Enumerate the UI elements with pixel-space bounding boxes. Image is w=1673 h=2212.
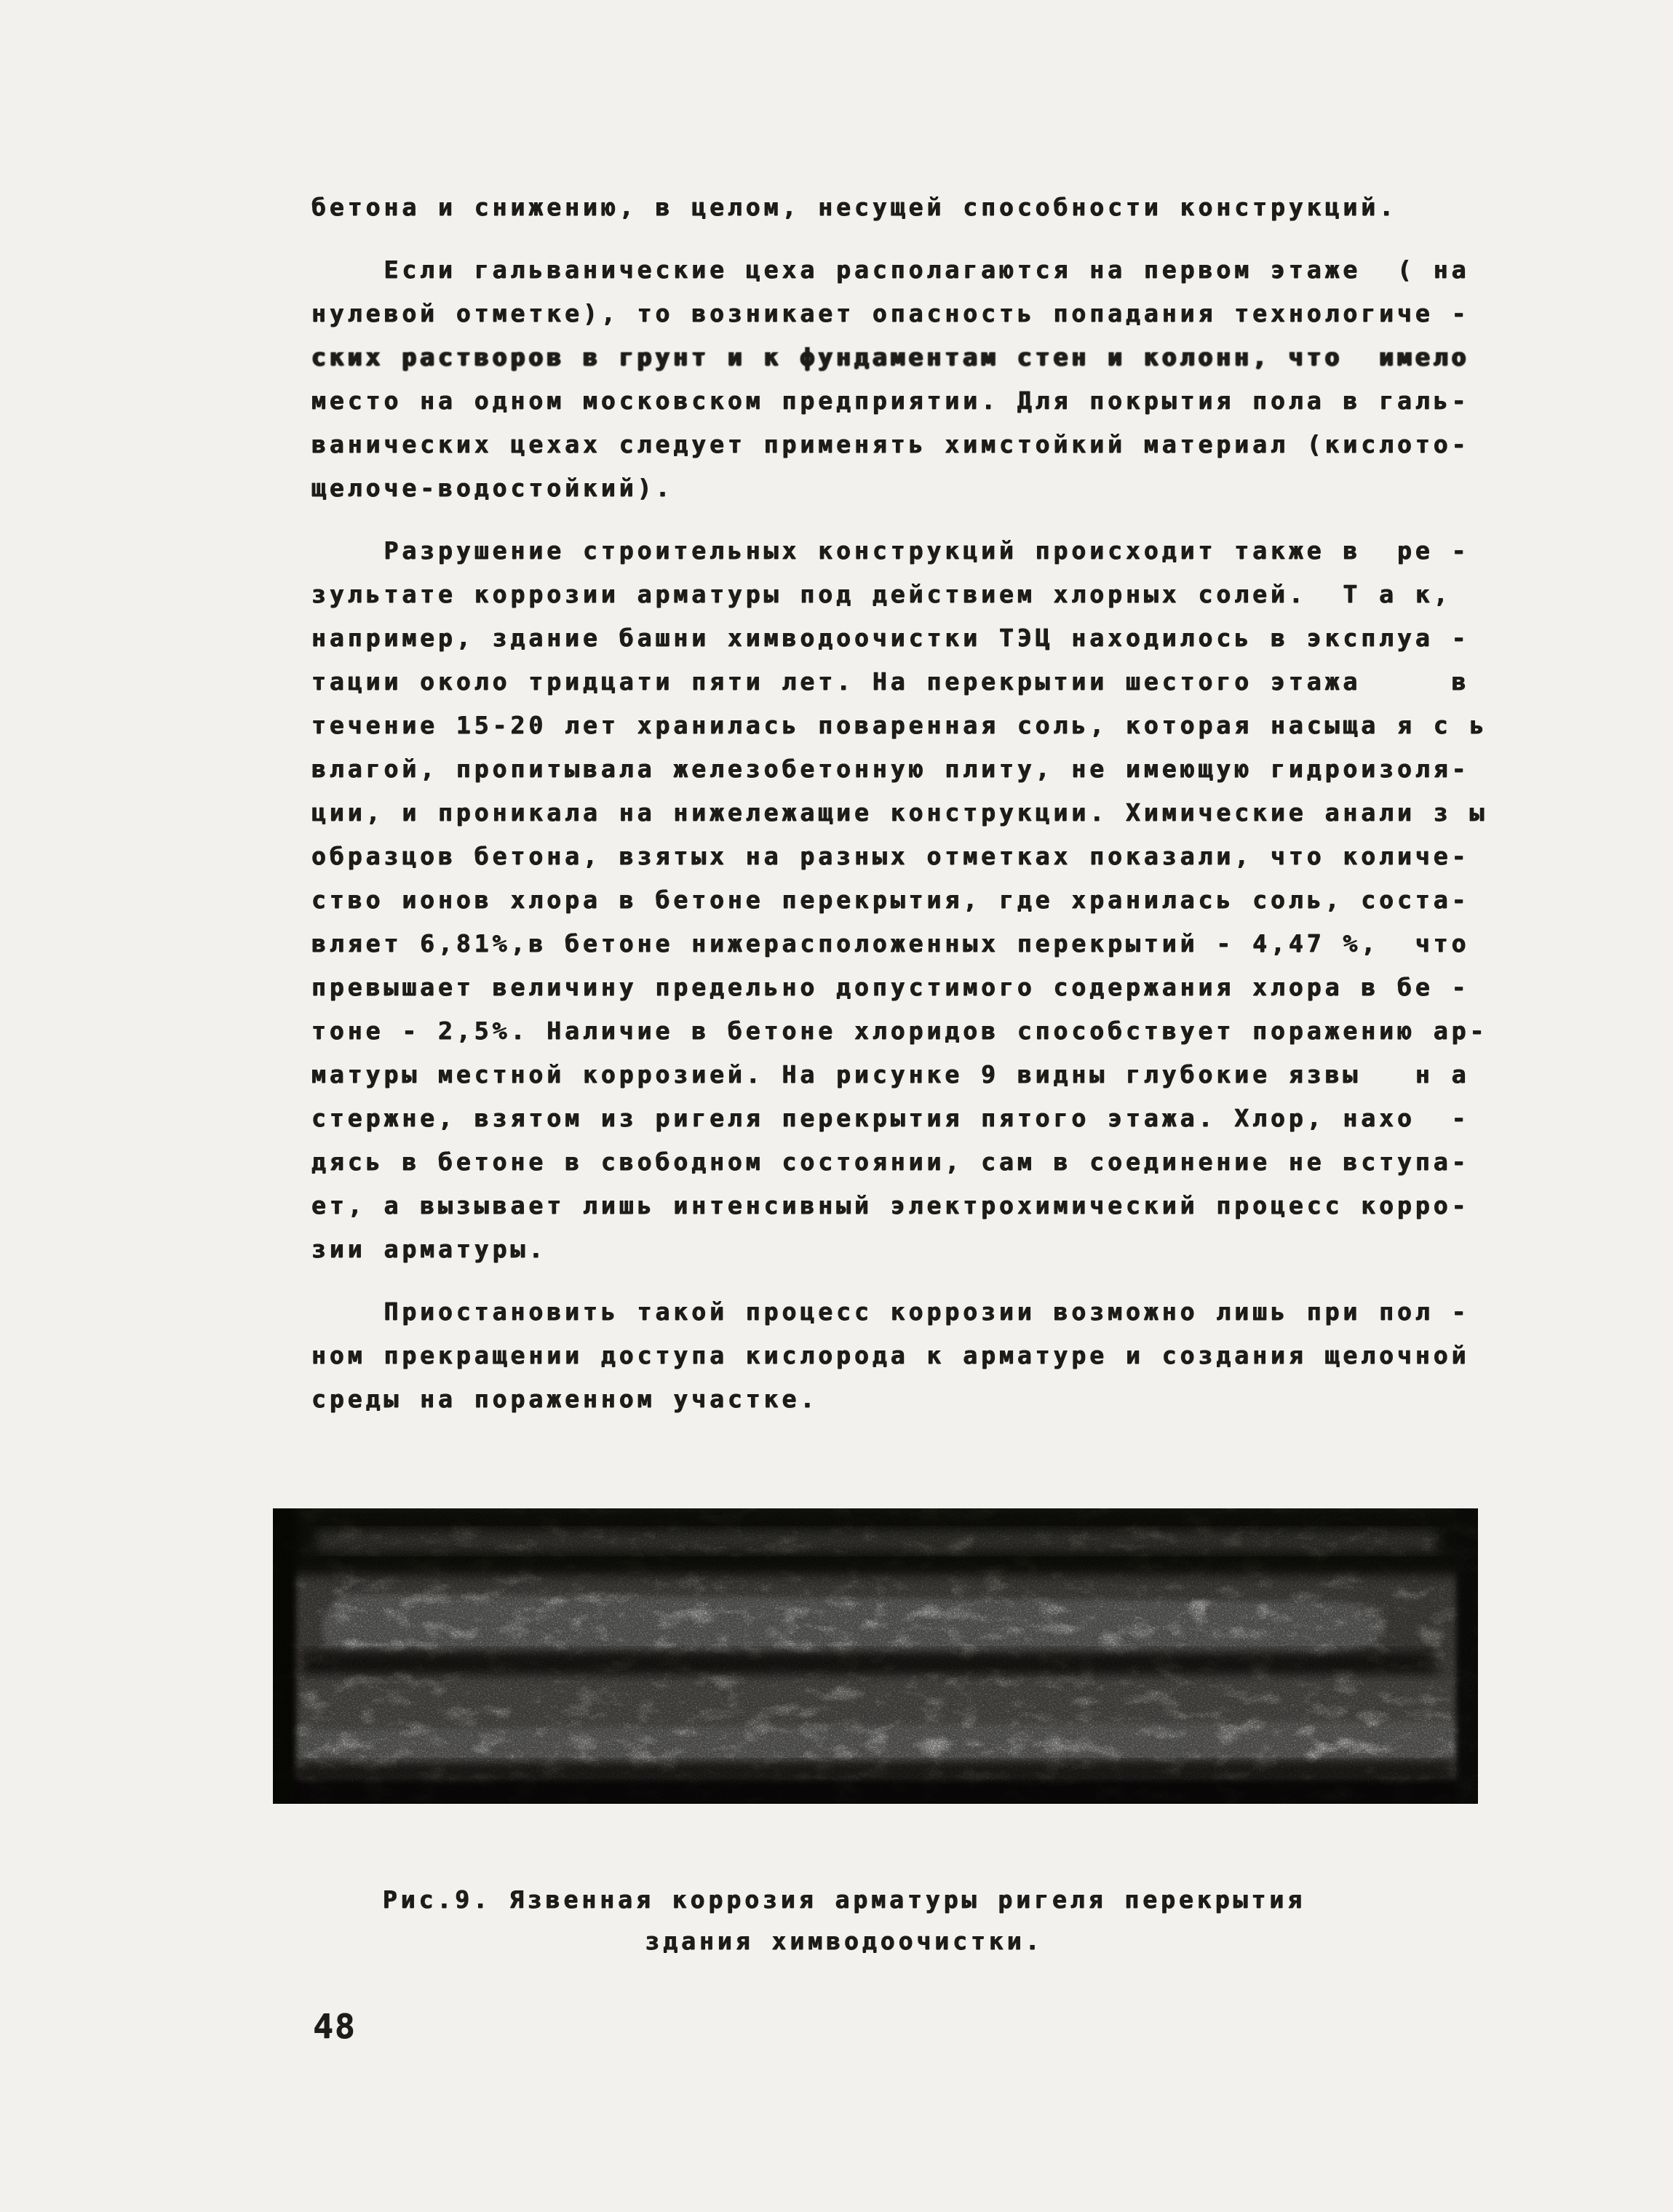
text-line: образцов бетона, взятых на разных отметк…: [311, 835, 1487, 878]
text-line: нулевой отметке), то возникает опасность…: [311, 292, 1487, 335]
figure-caption-line: Рис.9. Язвенная коррозия арматуры ригеля…: [313, 1879, 1375, 1920]
figure-photo: [273, 1508, 1478, 1804]
text-line: ции, и проникала на нижележащие конструк…: [311, 791, 1487, 835]
text-line: Приостановить такой процесс коррозии воз…: [311, 1290, 1487, 1334]
figure-caption-line: здания химводоочистки.: [313, 1920, 1375, 1962]
corroded-rebar-image: [273, 1508, 1478, 1804]
text-line: щелоче-водостойкий).: [311, 466, 1487, 510]
text-line: превышает величину предельно допустимого…: [311, 966, 1487, 1009]
text-line: место на одном московском предприятии. Д…: [311, 379, 1487, 423]
text-line: матуры местной коррозией. На рисунке 9 в…: [311, 1053, 1487, 1097]
text-line: Если гальванические цеха располагаются н…: [311, 248, 1487, 292]
text-line: течение 15-20 лет хранилась поваренная с…: [311, 704, 1487, 747]
text-line: дясь в бетоне в свободном состоянии, сам…: [311, 1140, 1487, 1184]
text-line: влагой, пропитывала железобетонную плиту…: [311, 747, 1487, 791]
text-line: тоне - 2,5%. Наличие в бетоне хлоридов с…: [311, 1009, 1487, 1053]
scanned-page: бетона и снижению, в целом, несущей спос…: [0, 0, 1673, 2212]
body-text: бетона и снижению, в целом, несущей спос…: [311, 186, 1487, 1421]
text-line: ских растворов в грунт и к фундаментам с…: [311, 335, 1487, 379]
text-line: среды на пораженном участке.: [311, 1377, 1487, 1421]
text-line: ванических цехах следует применять химст…: [311, 423, 1487, 466]
text-line: зии арматуры.: [311, 1228, 1487, 1271]
text-line: бетона и снижению, в целом, несущей спос…: [311, 186, 1487, 229]
page-number: 48: [313, 2007, 356, 2046]
text-line: ет, а вызывает лишь интенсивный электрох…: [311, 1184, 1487, 1228]
text-line: например, здание башни химводоочистки ТЭ…: [311, 616, 1487, 660]
text-line: тации около тридцати пяти лет. На перекр…: [311, 660, 1487, 704]
text-line: стержне, взятом из ригеля перекрытия пят…: [311, 1097, 1487, 1140]
text-line: Разрушение строительных конструкций прои…: [311, 529, 1487, 573]
text-line: вляет 6,81%,в бетоне нижерасположенных п…: [311, 922, 1487, 966]
photo-blotch-overlay: [273, 1508, 1478, 1804]
text-line: ство ионов хлора в бетоне перекрытия, гд…: [311, 878, 1487, 922]
text-line: зультате коррозии арматуры под действием…: [311, 573, 1487, 616]
text-line: ном прекращении доступа кислорода к арма…: [311, 1334, 1487, 1377]
figure-caption: Рис.9. Язвенная коррозия арматуры ригеля…: [313, 1879, 1375, 1962]
